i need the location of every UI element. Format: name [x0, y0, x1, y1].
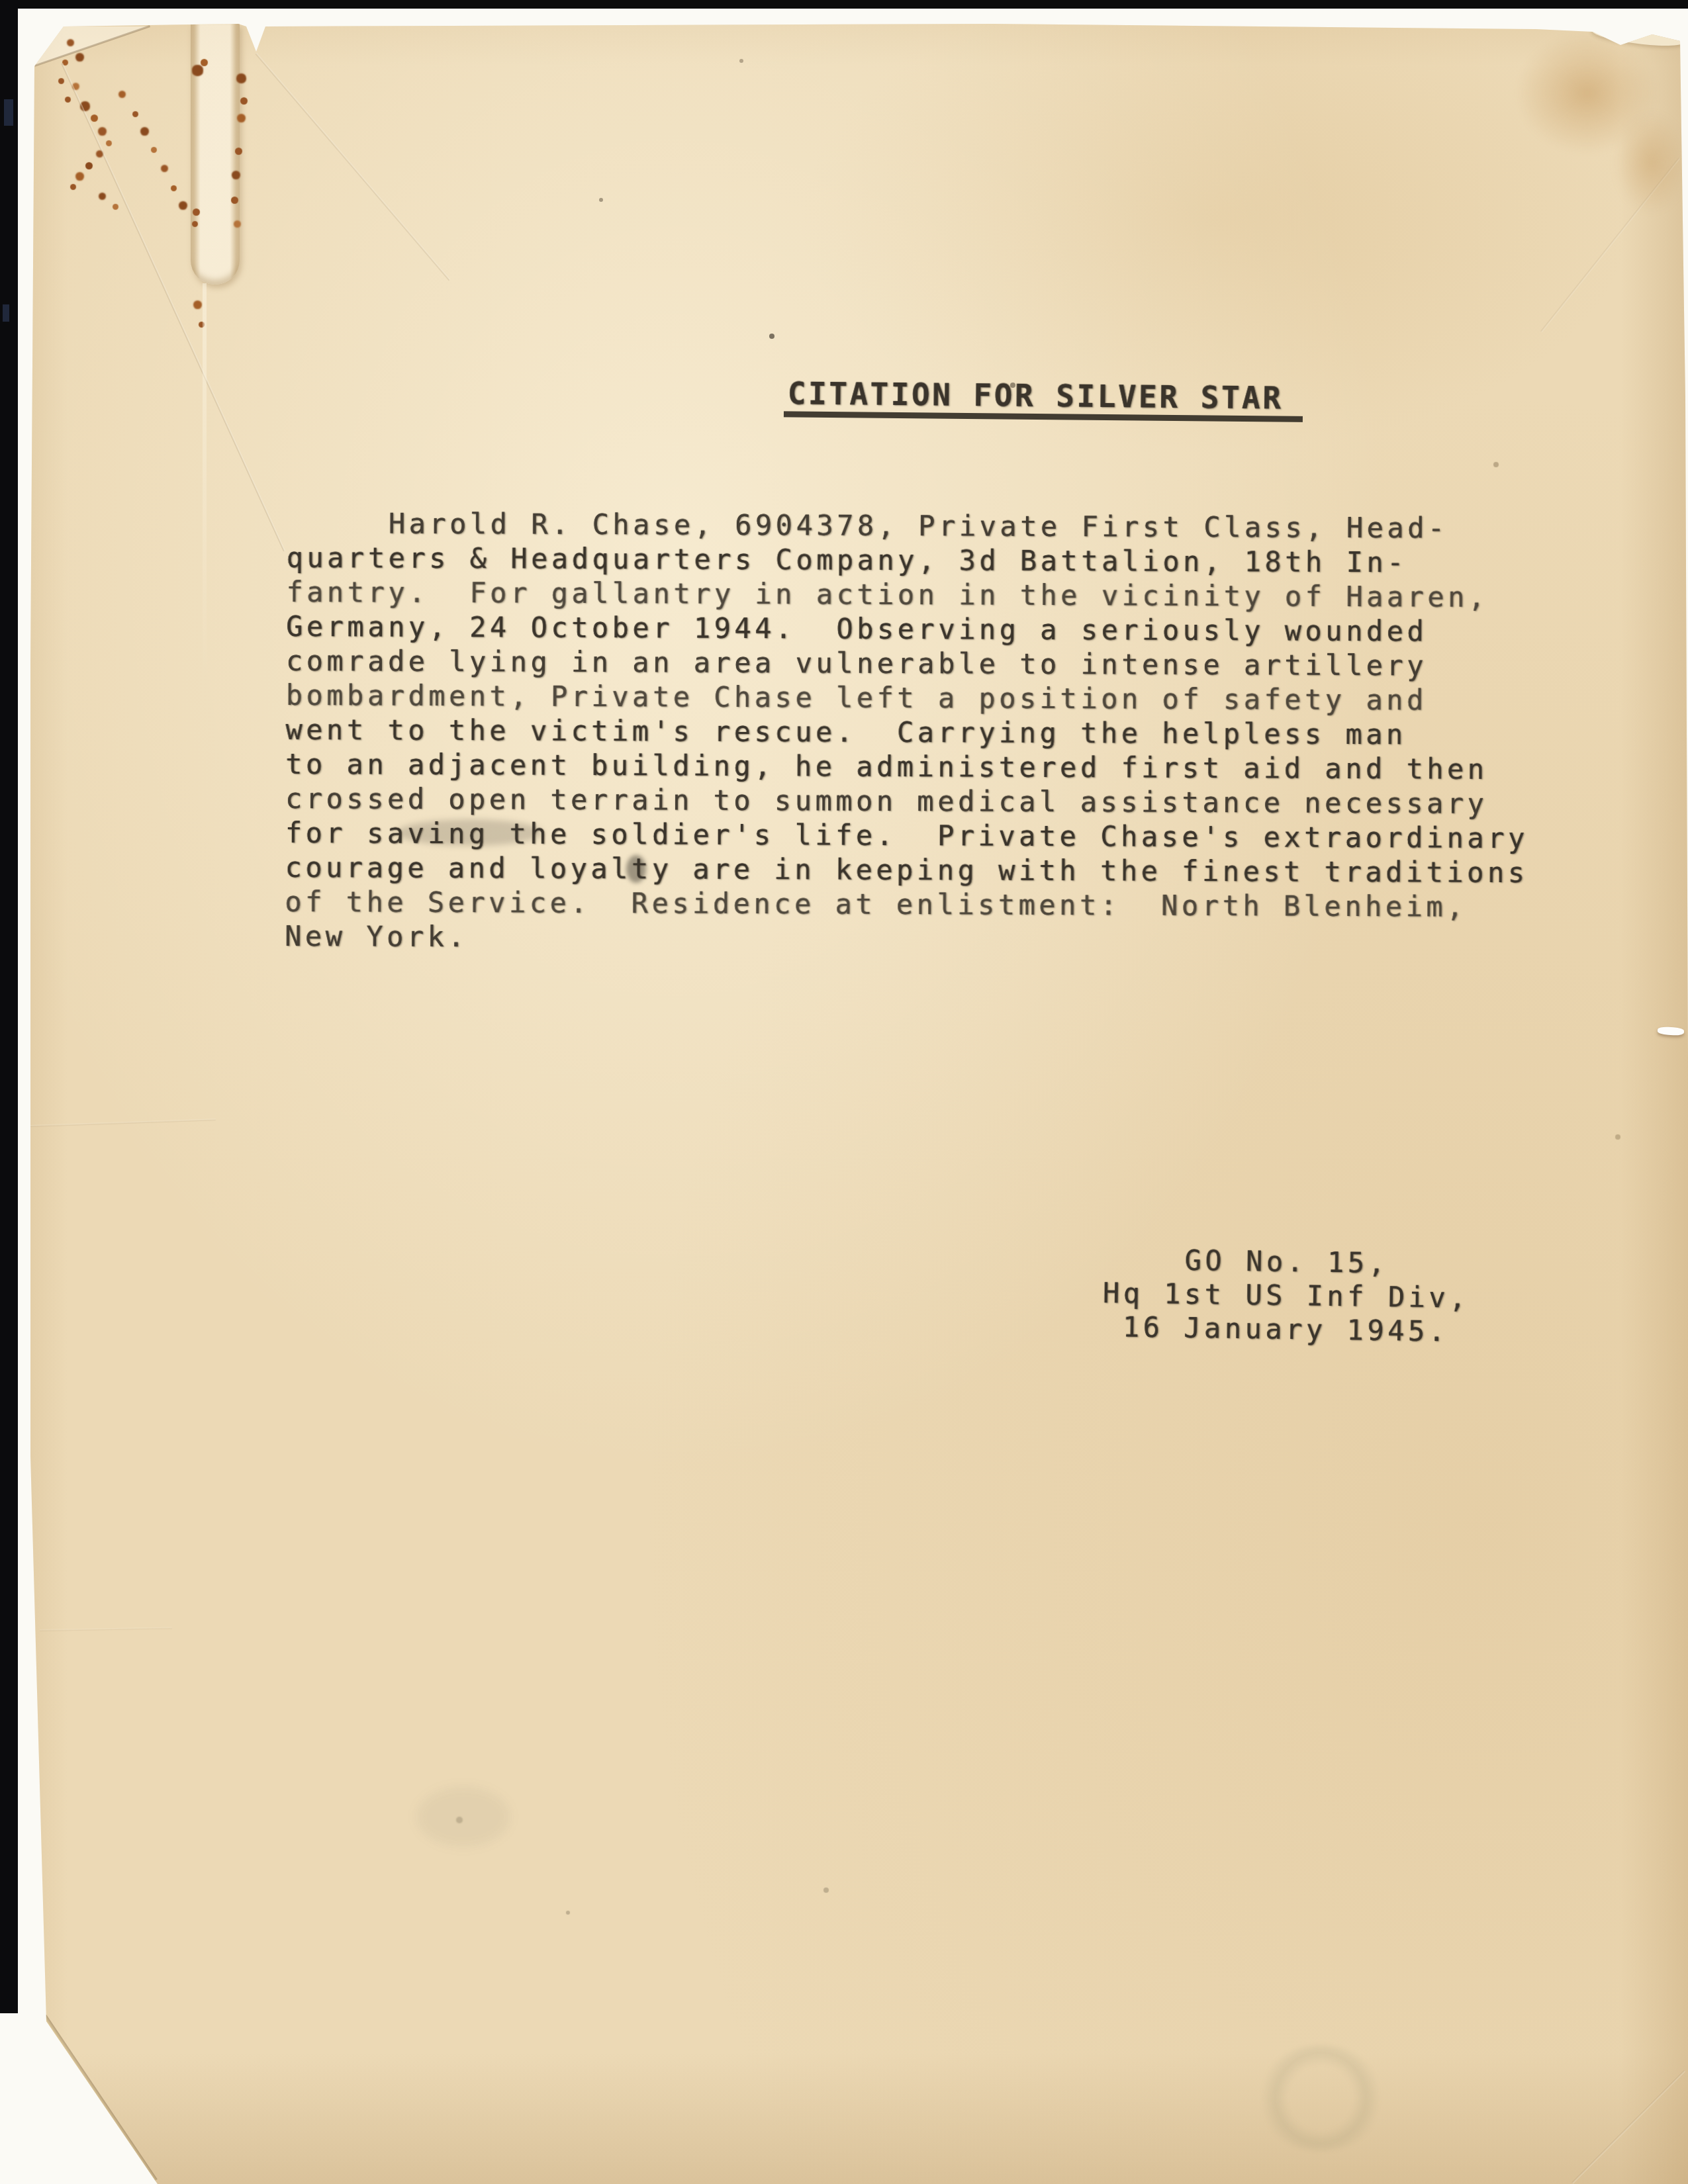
citation-line: quarters & Headquarters Company, 3d Batt… — [287, 541, 1531, 580]
scanner-edge-top — [0, 0, 1688, 9]
typewritten-content: CITATION FOR SILVER STAR Harold R. Chase… — [0, 0, 1688, 2184]
order-reference-line: Hq 1st US Inf Div, — [1101, 1276, 1472, 1315]
citation-line: of the Service. Residence at enlistment:… — [285, 885, 1529, 925]
scanned-document-page: CITATION FOR SILVER STAR Harold R. Chase… — [0, 0, 1688, 2184]
citation-body: Harold R. Chase, 6904378, Private First … — [285, 506, 1531, 959]
paper-sheet: CITATION FOR SILVER STAR Harold R. Chase… — [0, 0, 1688, 2184]
order-reference-line: GO No. 15, — [1101, 1242, 1472, 1281]
scanner-edge-glint — [3, 304, 9, 322]
citation-line: New York. — [285, 919, 1529, 959]
citation-line: Harold R. Chase, 6904378, Private First … — [287, 506, 1531, 546]
citation-line: comrade lying in an area vulnerable to i… — [286, 644, 1530, 684]
citation-line: bombardment, Private Chase left a positi… — [286, 678, 1530, 718]
citation-line: crossed open terrain to summon medical a… — [285, 782, 1530, 821]
citation-line: for saving the soldier's life. Private C… — [285, 816, 1530, 856]
citation-line: went to the victim's rescue. Carrying th… — [285, 713, 1530, 752]
document-title-text: CITATION FOR SILVER STAR — [783, 377, 1303, 422]
document-title: CITATION FOR SILVER STAR — [622, 342, 1303, 455]
citation-line: fantry. For gallantry in action in the v… — [286, 575, 1530, 615]
order-reference-line: 16 January 1945. — [1100, 1310, 1472, 1349]
citation-line: to an adjacent building, he administered… — [285, 747, 1530, 787]
scanner-edge-left — [0, 0, 18, 2013]
citation-line: courage and loyalty are in keeping with … — [285, 850, 1530, 890]
order-reference-block: GO No. 15,Hq 1st US Inf Div,16 January 1… — [1100, 1242, 1472, 1349]
scanner-edge-glint — [4, 99, 13, 126]
citation-line: Germany, 24 October 1944. Observing a se… — [286, 610, 1530, 649]
